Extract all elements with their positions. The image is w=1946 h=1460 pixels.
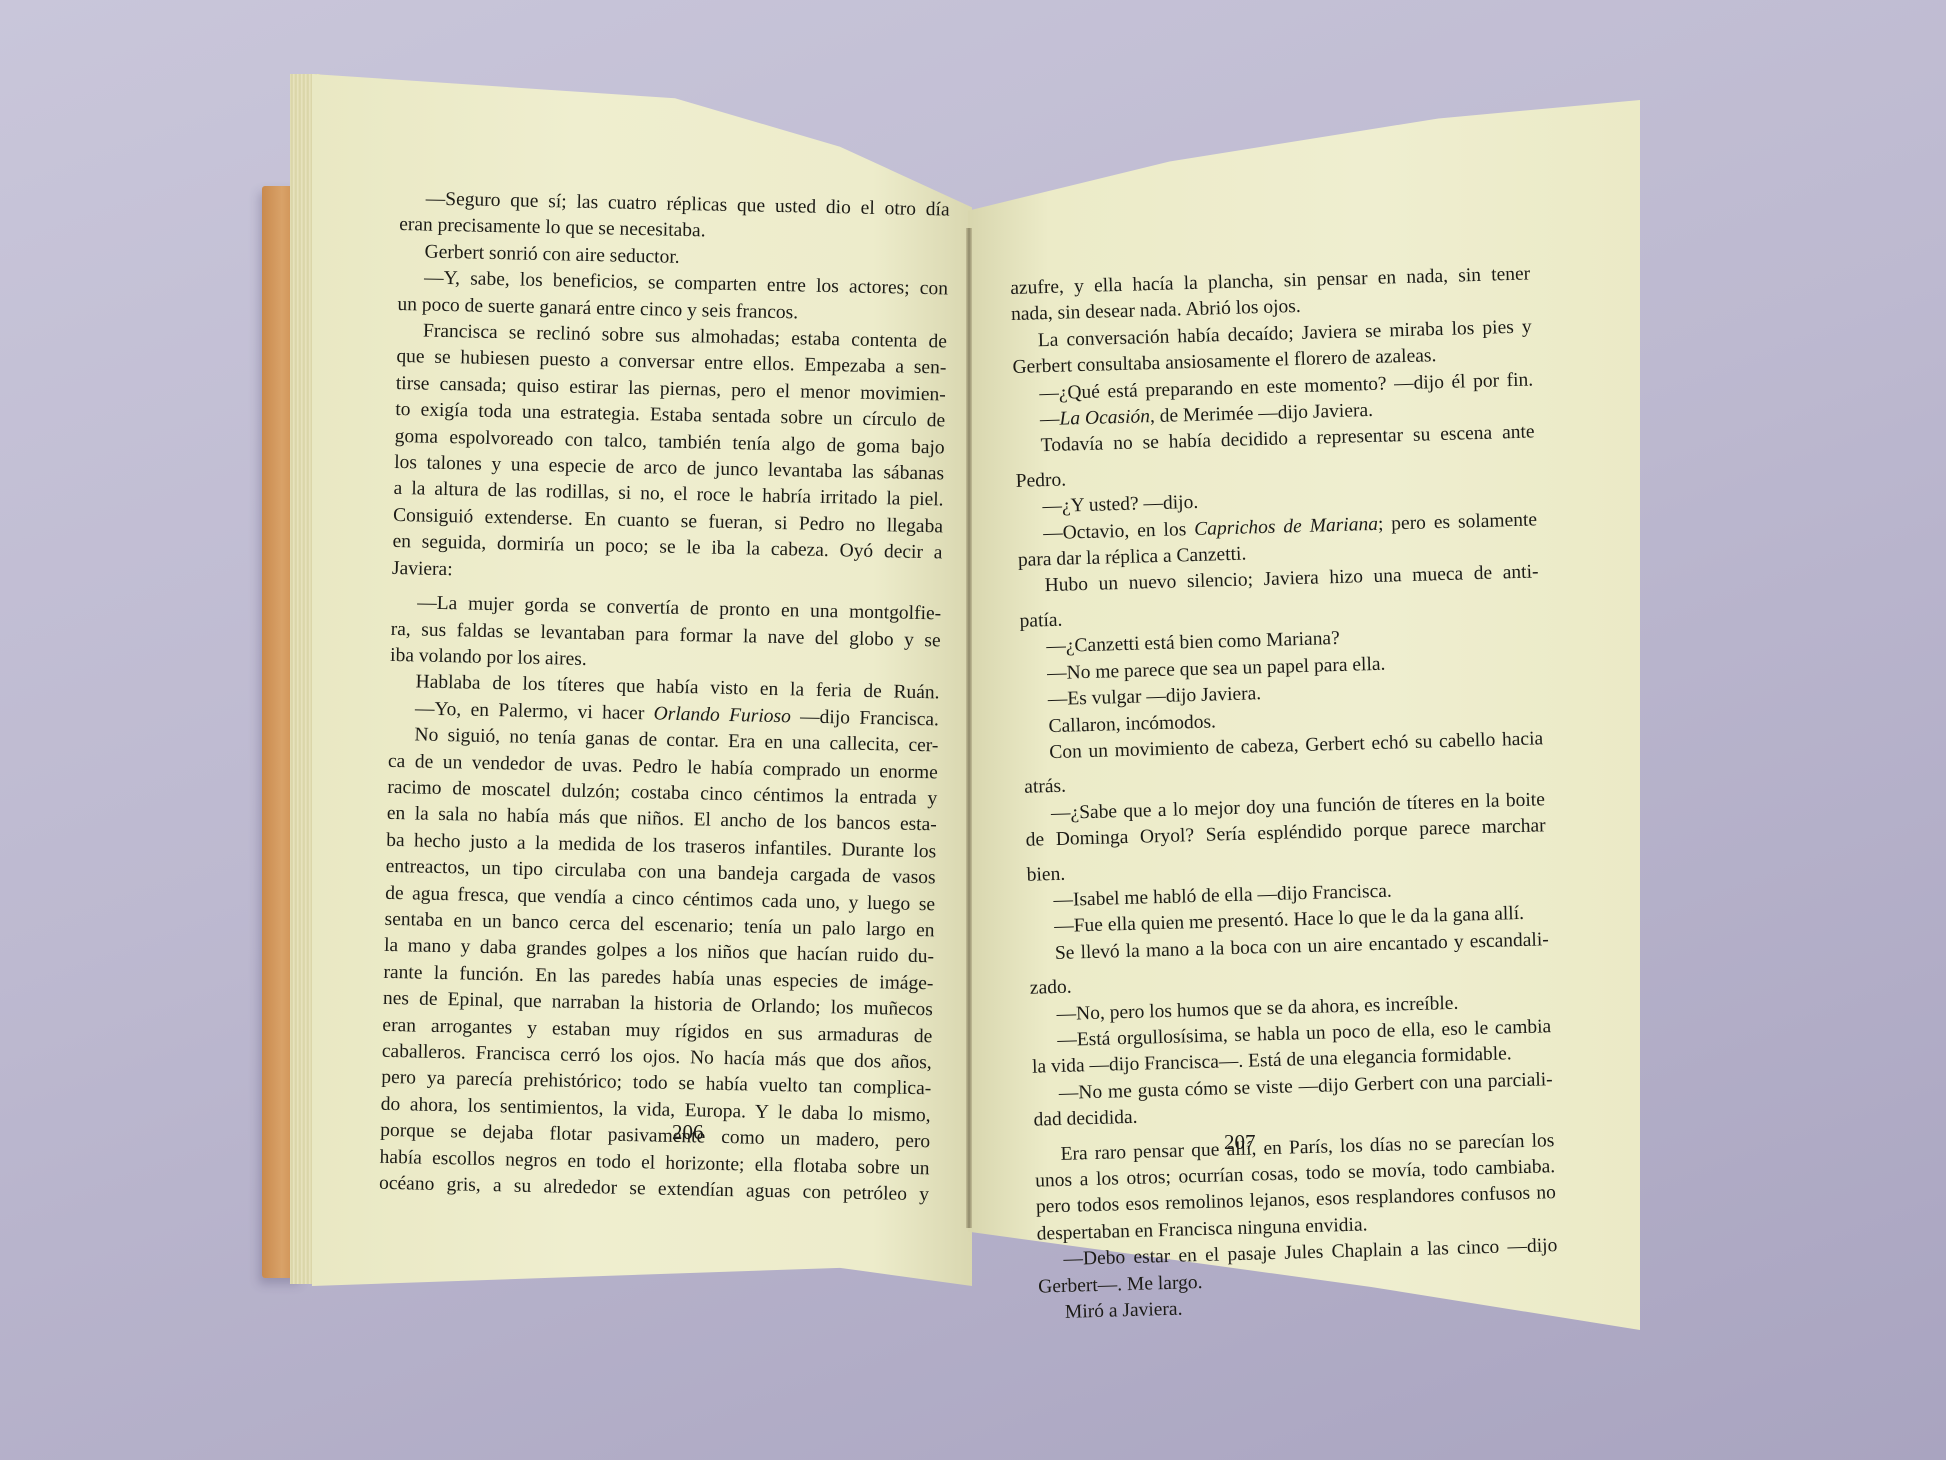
left-page-text: —Seguro que sí; las cuatro réplicas que … [379,186,950,1209]
italic-title: La Ocasión [1059,406,1150,430]
photo-scene: —Seguro que sí; las cuatro réplicas que … [0,0,1946,1460]
italic-title: Orlando Furioso [653,703,791,727]
page-number-right: 207 [1224,1130,1256,1155]
text-fragment: —dijo Francisca. [791,706,940,730]
text-fragment: — [1040,409,1060,431]
book-gutter [966,228,972,1228]
text-fragment: —Yo, en Palermo, vi hacer [415,698,654,724]
text-fragment: , de Merimée —dijo Javiera. [1150,400,1374,427]
italic-title: Caprichos de Mariana [1194,513,1378,539]
page-number-left: 206 [672,1120,704,1145]
text-fragment: ; pero es solamente [1378,509,1538,534]
text-fragment: —Octavio, en los [1043,519,1195,544]
right-page-text: azufre, y ella hacía la plancha, sin pen… [1010,261,1559,1327]
